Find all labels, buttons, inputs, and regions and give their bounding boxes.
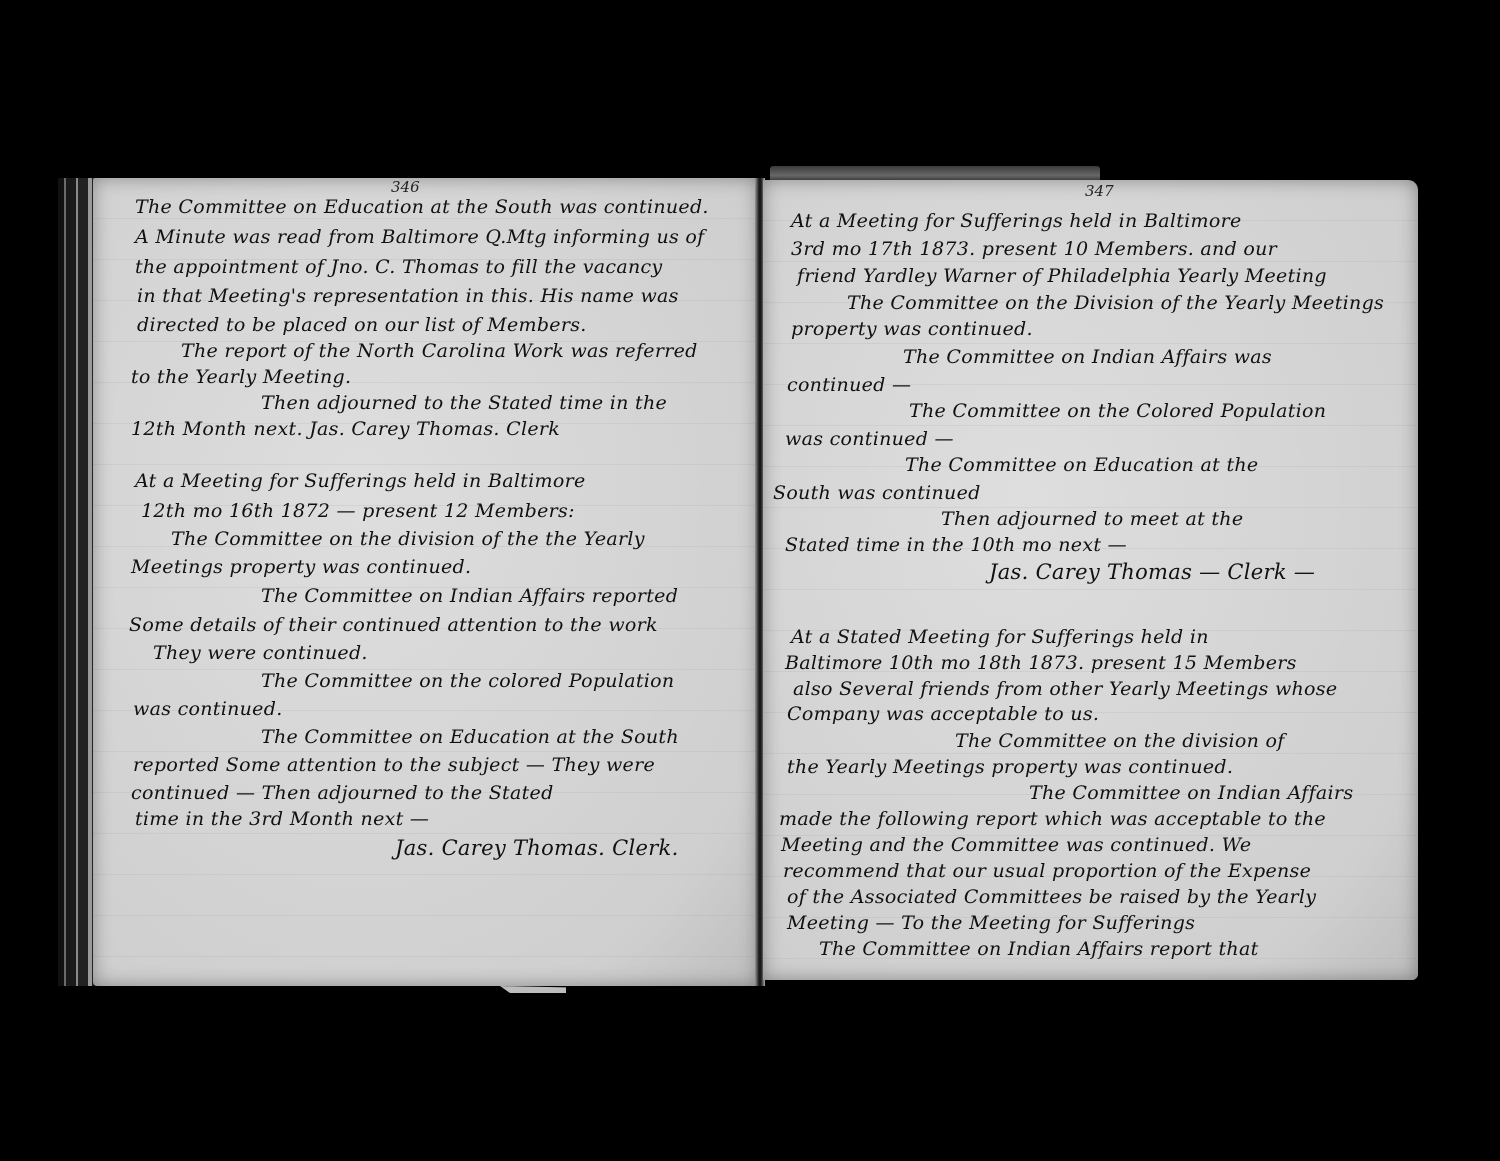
right-page: 347 At a Meeting for Sufferings held in … (763, 180, 1418, 980)
handwritten-line: The Committee on the division of the the… (171, 528, 645, 550)
handwritten-line: time in the 3rd Month next — (135, 808, 429, 830)
handwritten-line: made the following report which was acce… (779, 808, 1326, 830)
handwritten-line: The Committee on Indian Affairs (1029, 782, 1353, 804)
handwritten-line: At a Meeting for Sufferings held in Balt… (135, 470, 586, 492)
handwritten-line: The Committee on the division of (955, 730, 1285, 752)
handwritten-line: to the Yearly Meeting. (131, 366, 351, 388)
handwritten-line: of the Associated Committees be raised b… (787, 886, 1316, 908)
handwritten-line: directed to be placed on our list of Mem… (137, 314, 587, 336)
handwritten-line: The Committee on Indian Affairs reported (261, 585, 678, 607)
handwritten-line: 3rd mo 17th 1873. present 10 Members. an… (791, 238, 1277, 260)
scanned-ledger-spread: 346 The Committee on Education at the So… (0, 0, 1500, 1161)
handwritten-line: The Committee on Education at the (905, 454, 1258, 476)
handwritten-line: the Yearly Meetings property was continu… (787, 756, 1233, 778)
book-page-edges (58, 178, 94, 986)
page-tab (500, 986, 566, 993)
handwritten-line: also Several friends from other Yearly M… (793, 678, 1337, 700)
handwritten-line: property was continued. (791, 318, 1033, 340)
page-number-left: 346 (391, 178, 420, 196)
clerk-signature: Jas. Carey Thomas. Clerk. (395, 836, 679, 860)
handwritten-line: At a Meeting for Sufferings held in Balt… (791, 210, 1242, 232)
handwritten-line: The Committee on Indian Affairs was (903, 346, 1272, 368)
handwritten-line: Then adjourned to the Stated time in the (261, 392, 667, 414)
handwritten-line: the appointment of Jno. C. Thomas to fil… (135, 256, 662, 278)
handwritten-line: recommend that our usual proportion of t… (783, 860, 1311, 882)
handwritten-line: Meetings property was continued. (131, 556, 471, 578)
handwritten-line: in that Meeting's representation in this… (137, 285, 679, 307)
handwritten-line: reported Some attention to the subject —… (133, 754, 655, 776)
handwritten-line: was continued — (785, 428, 954, 450)
handwritten-line: Meeting — To the Meeting for Sufferings (787, 912, 1195, 934)
handwritten-line: A Minute was read from Baltimore Q.Mtg i… (135, 226, 705, 248)
page-number-right: 347 (1085, 182, 1114, 200)
handwritten-line: The Committee on the Division of the Yea… (847, 292, 1384, 314)
handwritten-line: Some details of their continued attentio… (129, 614, 658, 636)
handwritten-line: Company was acceptable to us. (787, 703, 1099, 725)
handwritten-line: friend Yardley Warner of Philadelphia Ye… (797, 265, 1327, 287)
handwritten-line: They were continued. (153, 642, 368, 664)
handwritten-line: continued — (787, 374, 911, 396)
left-page: 346 The Committee on Education at the So… (93, 178, 758, 986)
handwritten-line: continued — Then adjourned to the Stated (131, 782, 554, 804)
handwritten-line: The Committee on the colored Population (261, 670, 674, 692)
handwritten-line: Then adjourned to meet at the (941, 508, 1243, 530)
handwritten-line: The Committee on Education at the South (261, 726, 679, 748)
handwritten-line: At a Stated Meeting for Sufferings held … (791, 626, 1209, 648)
clerk-signature: Jas. Carey Thomas — Clerk — (989, 560, 1315, 584)
handwritten-line: The Committee on Indian Affairs report t… (819, 938, 1259, 960)
handwritten-line: The report of the North Carolina Work wa… (181, 340, 698, 362)
handwritten-line: Baltimore 10th mo 18th 1873. present 15 … (785, 652, 1297, 674)
handwritten-line: Stated time in the 10th mo next — (785, 534, 1127, 556)
handwritten-line: 12th mo 16th 1872 — present 12 Members: (141, 500, 575, 522)
handwritten-line: The Committee on Education at the South … (135, 196, 709, 218)
handwritten-line: Meeting and the Committee was continued.… (781, 834, 1251, 856)
handwritten-line: 12th Month next. Jas. Carey Thomas. Cler… (131, 418, 560, 440)
handwritten-line: was continued. (133, 698, 283, 720)
handwritten-line: The Committee on the Colored Population (909, 400, 1326, 422)
handwritten-line: South was continued (773, 482, 981, 504)
